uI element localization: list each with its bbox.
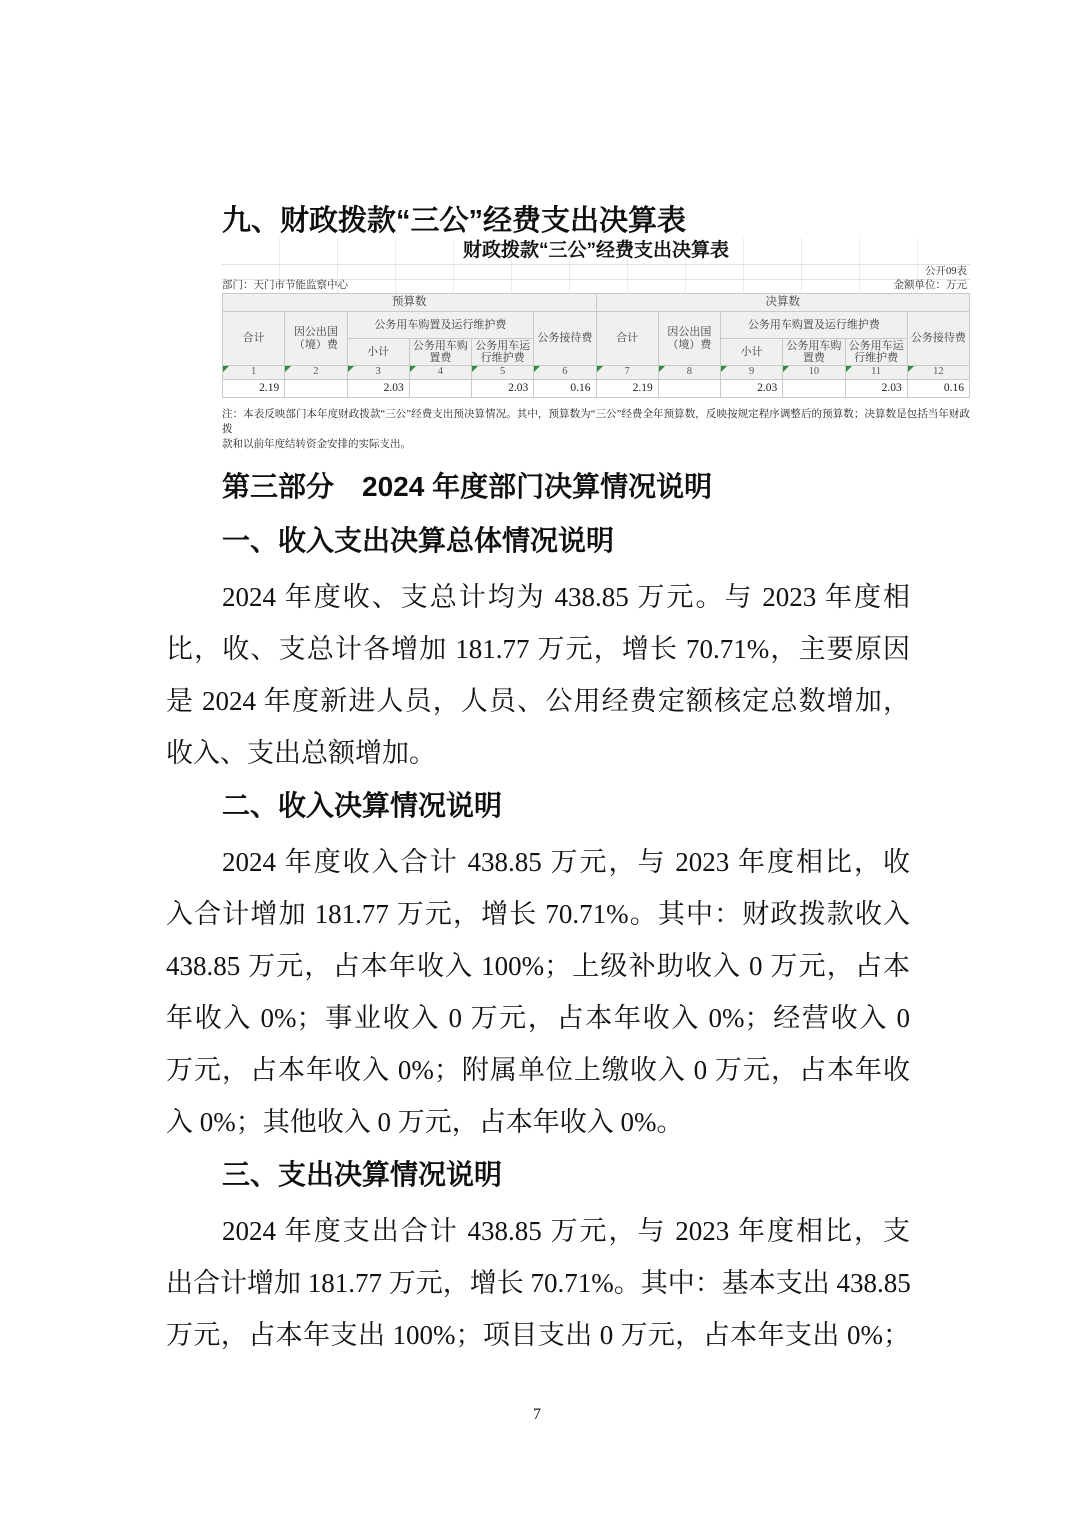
paragraph-line: 万元，占本年收入 0%；附属单位上缴收入 0 万元，占本年收 [166, 1044, 910, 1096]
col-number-cell: 8 [658, 366, 720, 380]
value-cell: 2.03 [472, 380, 534, 398]
table-note-line: 款和以前年度结转资金安排的实际支出。 [222, 437, 970, 452]
col-number-cell: 12 [907, 366, 969, 380]
page-number: 7 [0, 1406, 1074, 1424]
spreadsheet-header-zone: 财政拨款“三公”经费支出决算表 公开09表 部门：天门市节能监察中心 金额单位：… [222, 238, 970, 293]
value-cell [285, 380, 347, 398]
table-row: 123456789101112 [223, 366, 970, 380]
excel-flag-icon [410, 366, 416, 372]
excel-flag-icon [534, 366, 540, 372]
excel-flag-icon [721, 366, 727, 372]
col-header-vehicle-sub: 小计 [721, 339, 783, 366]
paragraph-line: 2024 年度收入合计 438.85 万元，与 2023 年度相比，收 [166, 836, 910, 888]
section: 三、支出决算情况说明2024 年度支出合计 438.85 万元，与 2023 年… [166, 1158, 910, 1361]
sections-container: 一、收入支出决算总体情况说明2024 年度收、支总计均为 438.85 万元。与… [166, 524, 910, 1361]
col-number-cell: 1 [223, 366, 285, 380]
value-cell [409, 380, 471, 398]
table-code: 公开09表 [222, 265, 970, 280]
section-9-heading: 九、财政拨款“三公”经费支出决算表 [0, 0, 1074, 238]
col-number-cell: 2 [285, 366, 347, 380]
col-number-cell: 10 [783, 366, 845, 380]
table-row: 合计因公出国（境）费公务用车购置及运行维护费公务接待费合计因公出国（境）费公务用… [223, 312, 970, 339]
document-page: 九、财政拨款“三公”经费支出决算表 财政拨款“三公”经费支出决算表 公开09表 … [0, 0, 1074, 1520]
col-number-cell: 9 [721, 366, 783, 380]
value-cell [658, 380, 720, 398]
excel-flag-icon [597, 366, 603, 372]
group-header-cell: 预算数 [223, 294, 597, 312]
col-header-abroad: 因公出国（境）费 [658, 312, 720, 366]
section-heading: 一、收入支出决算总体情况说明 [222, 524, 910, 558]
value-cell: 2.03 [721, 380, 783, 398]
spreadsheet-block: 财政拨款“三公”经费支出决算表 公开09表 部门：天门市节能监察中心 金额单位：… [222, 238, 970, 452]
paragraph-line: 438.85 万元，占本年收入 100%；上级补助收入 0 万元，占本 [166, 940, 910, 992]
paragraph-line: 入 0%；其他收入 0 万元，占本年收入 0%。 [166, 1096, 910, 1148]
col-number-cell: 4 [409, 366, 471, 380]
unit-label: 金额单位：万元 [894, 280, 968, 292]
excel-flag-icon [846, 366, 852, 372]
paragraph-line: 收入、支出总额增加。 [166, 727, 910, 779]
paragraph-line: 入合计增加 181.77 万元，增长 70.71%。其中：财政拨款收入 [166, 888, 910, 940]
col-header-reception: 公务接待费 [907, 312, 969, 366]
excel-flag-icon [472, 366, 478, 372]
col-header-reception: 公务接待费 [534, 312, 596, 366]
part3-title: 第三部分 2024 年度部门决算情况说明 [222, 470, 910, 504]
excel-flag-icon [348, 366, 354, 372]
value-cell: 2.03 [347, 380, 409, 398]
col-header-vehicle-sub: 公务用车购置费 [783, 339, 845, 366]
excel-flag-icon [659, 366, 665, 372]
paragraph-line: 出合计增加 181.77 万元，增长 70.71%。其中：基本支出 438.85 [166, 1257, 910, 1309]
table-meta-row: 部门：天门市节能监察中心 金额单位：万元 [222, 280, 970, 293]
col-number-cell: 5 [472, 366, 534, 380]
department-label: 部门：天门市节能监察中心 [222, 280, 348, 292]
col-header-vehicle-sub: 公务用车运行维护费 [845, 339, 907, 366]
table-note: 注：本表反映部门本年度财政拨款“三公”经费支出预决算情况。其中，预算数为“三公”… [222, 407, 970, 452]
col-header-vehicle-sub: 小计 [347, 339, 409, 366]
paragraph-line: 2024 年度收、支总计均为 438.85 万元。与 2023 年度相 [166, 571, 910, 623]
excel-flag-icon [285, 366, 291, 372]
table-title: 财政拨款“三公”经费支出决算表 [222, 238, 970, 265]
value-cell: 2.19 [223, 380, 285, 398]
col-header-vehicle-group: 公务用车购置及运行维护费 [347, 312, 534, 339]
value-cell: 2.03 [845, 380, 907, 398]
col-number-cell: 3 [347, 366, 409, 380]
section: 一、收入支出决算总体情况说明2024 年度收、支总计均为 438.85 万元。与… [166, 524, 910, 779]
paragraph-line: 年收入 0%；事业收入 0 万元，占本年收入 0%；经营收入 0 [166, 992, 910, 1044]
col-header-abroad: 因公出国（境）费 [285, 312, 347, 366]
body-text-block: 第三部分 2024 年度部门决算情况说明 一、收入支出决算总体情况说明2024 … [166, 470, 910, 1361]
value-cell [783, 380, 845, 398]
value-cell: 2.19 [596, 380, 658, 398]
col-number-cell: 11 [845, 366, 907, 380]
section: 二、收入决算情况说明2024 年度收入合计 438.85 万元，与 2023 年… [166, 789, 910, 1148]
col-header-vehicle-sub: 公务用车运行维护费 [472, 339, 534, 366]
col-header-total: 合计 [223, 312, 285, 366]
excel-flag-icon [223, 366, 229, 372]
paragraph-line: 是 2024 年度新进人员，人员、公用经费定额核定总数增加， [166, 675, 910, 727]
col-number-cell: 6 [534, 366, 596, 380]
group-header-cell: 决算数 [596, 294, 970, 312]
section-heading: 二、收入决算情况说明 [222, 789, 910, 823]
table-row: 2.192.032.030.162.192.032.030.16 [223, 380, 970, 398]
value-cell: 0.16 [907, 380, 969, 398]
sangong-expense-table: 预算数决算数合计因公出国（境）费公务用车购置及运行维护费公务接待费合计因公出国（… [222, 293, 970, 398]
paragraph-line: 比，收、支总计各增加 181.77 万元，增长 70.71%，主要原因 [166, 623, 910, 675]
paragraph-line: 万元，占本年支出 100%；项目支出 0 万元，占本年支出 0%； [166, 1309, 910, 1361]
excel-flag-icon [783, 366, 789, 372]
col-header-total: 合计 [596, 312, 658, 366]
col-number-cell: 7 [596, 366, 658, 380]
value-cell: 0.16 [534, 380, 596, 398]
excel-flag-icon [908, 366, 914, 372]
col-header-vehicle-sub: 公务用车购置费 [409, 339, 471, 366]
section-heading: 三、支出决算情况说明 [222, 1158, 910, 1192]
table-row: 预算数决算数 [223, 294, 970, 312]
paragraph-line: 2024 年度支出合计 438.85 万元，与 2023 年度相比，支 [166, 1205, 910, 1257]
col-header-vehicle-group: 公务用车购置及运行维护费 [721, 312, 908, 339]
table-note-line: 注：本表反映部门本年度财政拨款“三公”经费支出预决算情况。其中，预算数为“三公”… [222, 407, 970, 437]
